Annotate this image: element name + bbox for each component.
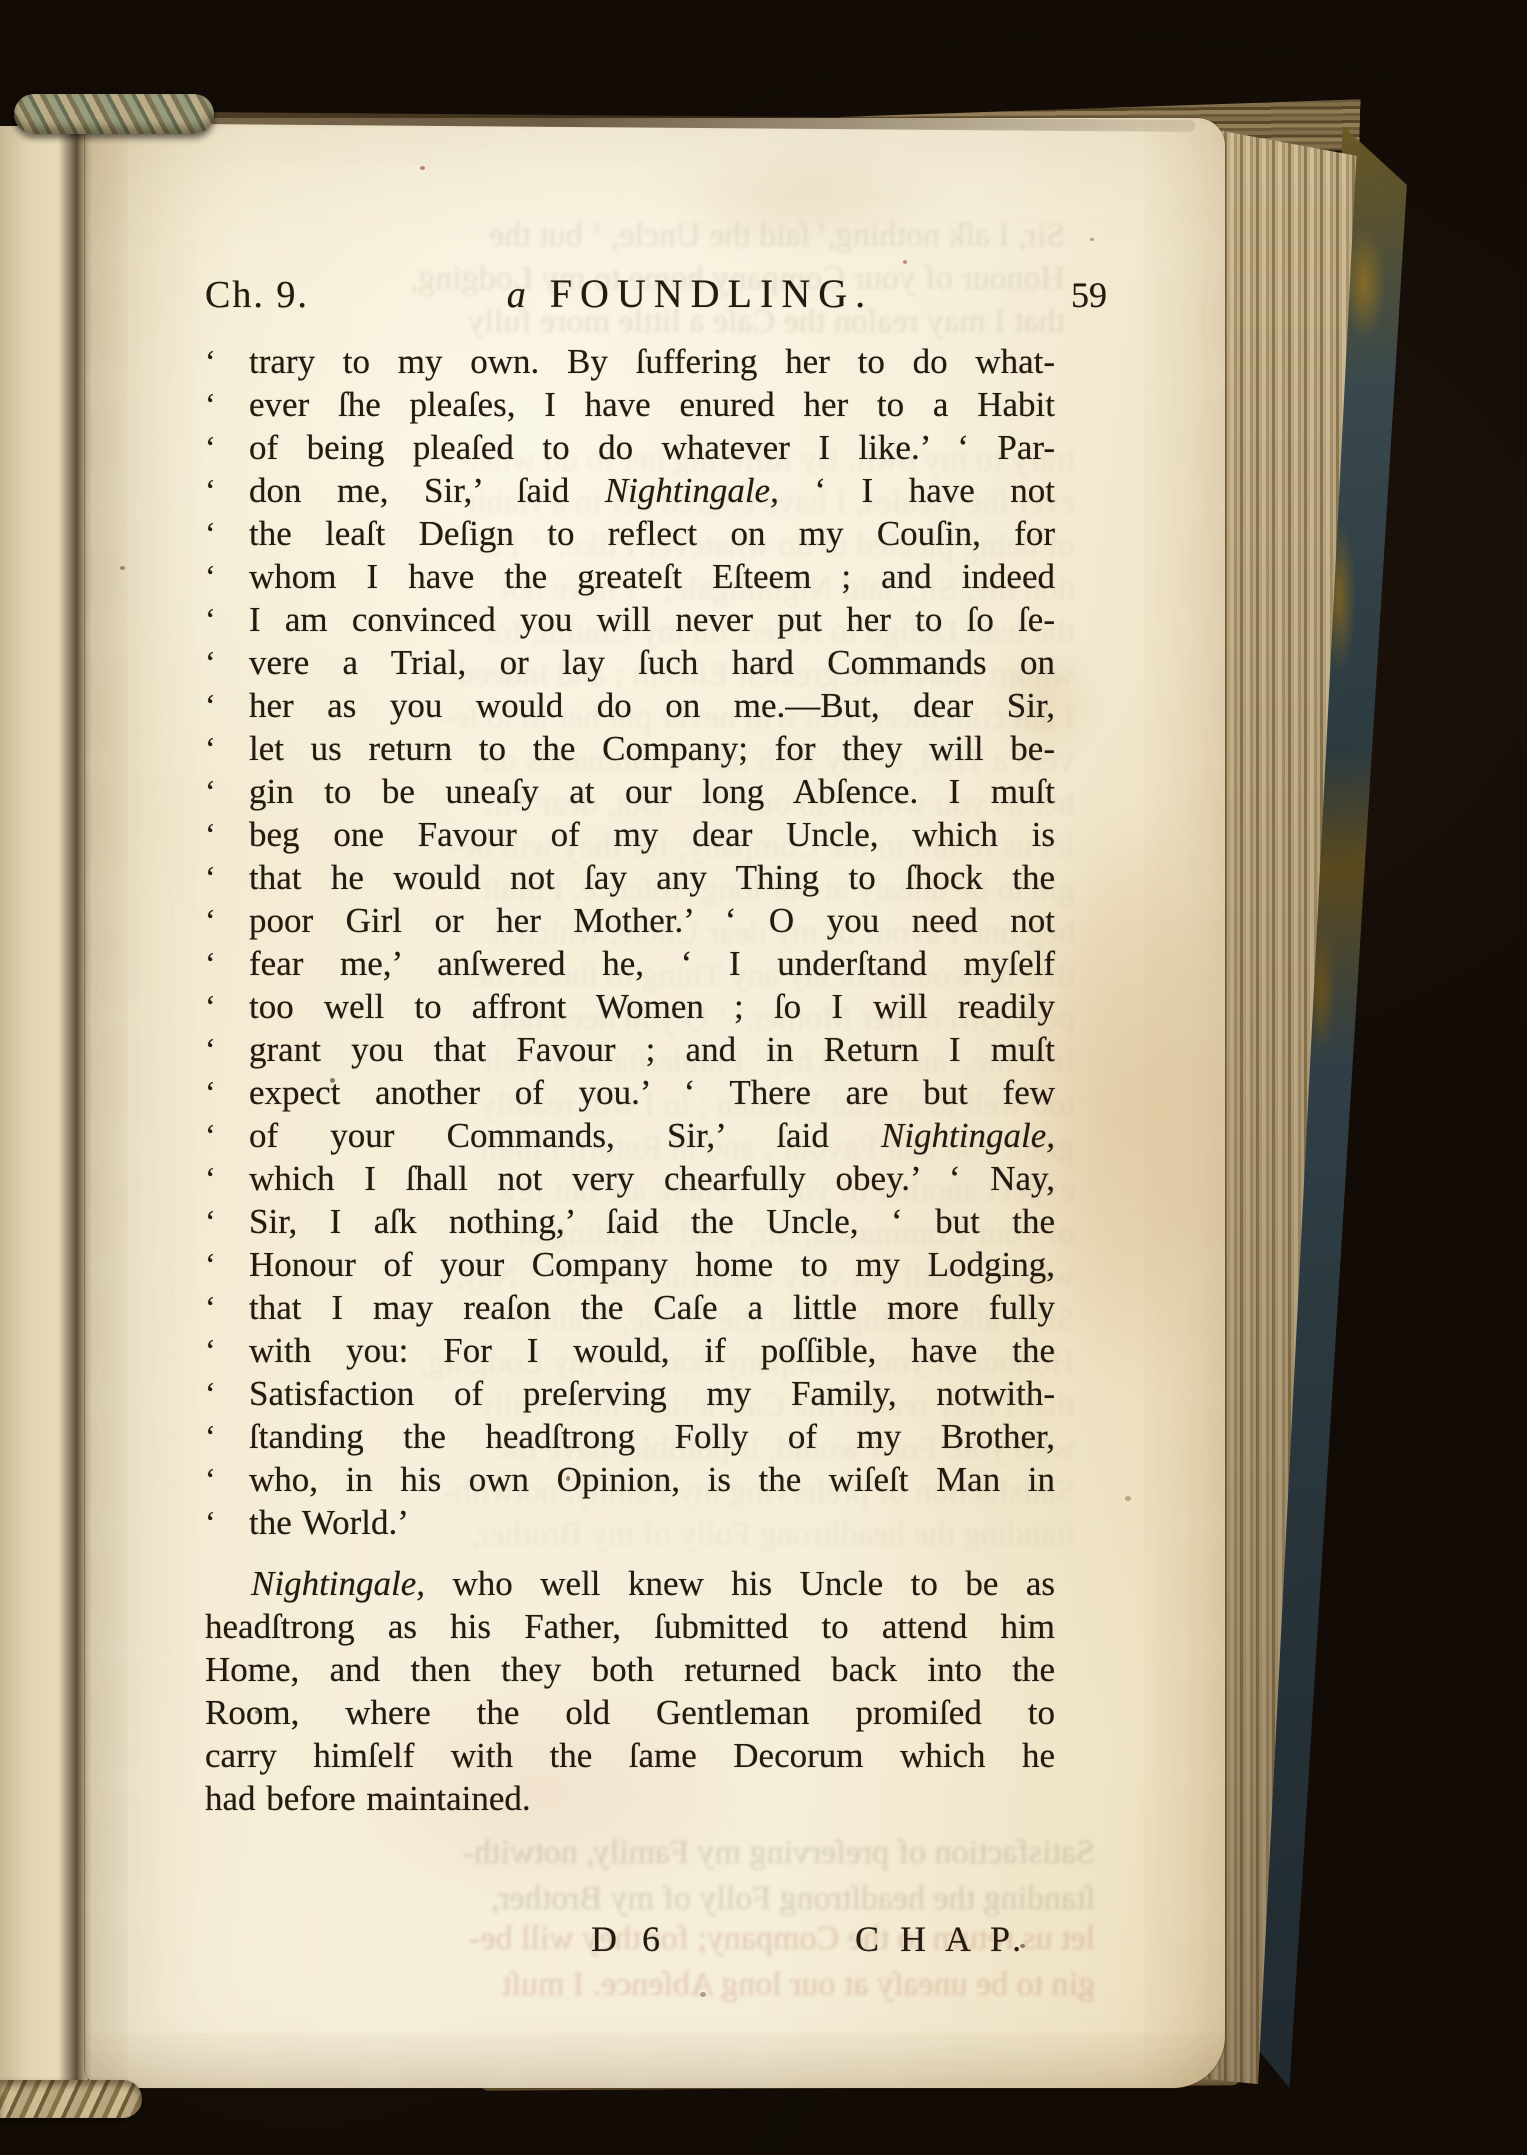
text-line: ‘of your Commands, Sir,’ ſaid Nightingal… [205, 1114, 1055, 1157]
text-line: ‘trary to my own. By ſuffering her to do… [205, 340, 1055, 383]
running-title: aFOUNDLING. [309, 270, 1071, 317]
text-line: carry himſelf with the ſame Decorum whic… [205, 1734, 1055, 1777]
ink-speckle [1125, 1496, 1131, 1501]
text-line-content: grant you that Favour ; and in Return I … [249, 1028, 1055, 1071]
ink-speckle [700, 1992, 706, 1997]
text-line-content: with you: For I would, if poſſible, have… [249, 1329, 1055, 1372]
quotation-mark: ‘ [205, 1157, 249, 1200]
quotation-mark: ‘ [205, 469, 249, 512]
quotation-mark: ‘ [205, 899, 249, 942]
ink-speckle [1090, 238, 1094, 241]
quotation-mark: ‘ [205, 942, 249, 985]
text-line-content: that he would not ſay any Thing to ſhock… [249, 856, 1055, 899]
ink-speckle [903, 260, 907, 264]
text-line-content: I am convinced you will never put her to… [249, 598, 1055, 641]
ink-speckle [255, 1710, 259, 1714]
text-line: ‘too well to affront Women ; ſo I will r… [205, 985, 1055, 1028]
text-line-content: Sir, I aſk nothing,’ ſaid the Uncle, ‘ b… [249, 1200, 1055, 1243]
text-line-content: don me, Sir,’ ſaid Nightingale, ‘ I have… [249, 469, 1055, 512]
text-line: ‘don me, Sir,’ ſaid Nightingale, ‘ I hav… [205, 469, 1055, 512]
text-line: ‘whom I have the greateſt Eſteem ; and i… [205, 555, 1055, 598]
quoted-passage: ‘trary to my own. By ſuffering her to do… [205, 340, 1055, 1544]
quotation-mark: ‘ [205, 684, 249, 727]
text-line-content: the World.’ [249, 1501, 1055, 1544]
text-line-content: fear me,’ anſwered he, ‘ I underſtand my… [249, 942, 1055, 985]
headband [14, 94, 214, 134]
text-line-content: ever ſhe pleaſes, I have enured her to a… [249, 383, 1055, 426]
quotation-mark: ‘ [205, 1329, 249, 1372]
quotation-mark: ‘ [205, 340, 249, 383]
quotation-mark: ‘ [205, 512, 249, 555]
ink-speckle [566, 1476, 570, 1481]
text-line: ‘gin to be uneaſy at our long Abſence. I… [205, 770, 1055, 813]
text-line: ‘ſtanding the headſtrong Folly of my Bro… [205, 1415, 1055, 1458]
text-line-content: poor Girl or her Mother.’ ‘ O you need n… [249, 899, 1055, 942]
text-line-content: beg one Favour of my dear Uncle, which i… [249, 813, 1055, 856]
text-line: had before maintained. [205, 1777, 1055, 1820]
ink-speckle [120, 566, 125, 570]
text-line-content: vere a Trial, or lay ſuch hard Commands … [249, 641, 1055, 684]
text-line: ‘Honour of your Company home to my Lodgi… [205, 1243, 1055, 1286]
quotation-mark: ‘ [205, 641, 249, 684]
text-line-content: her as you would do on me.—But, dear Sir… [249, 684, 1055, 727]
signature-mark: D 6 [591, 1918, 668, 1960]
text-line: ‘with you: For I would, if poſſible, hav… [205, 1329, 1055, 1372]
text-line-content: gin to be uneaſy at our long Abſence. I … [249, 770, 1055, 813]
quotation-mark: ‘ [205, 856, 249, 899]
text-line: Room, where the old Gentleman promiſed t… [205, 1691, 1055, 1734]
text-line: Home, and then they both returned back i… [205, 1648, 1055, 1691]
text-line: ‘who, in his own Opinion, is the wiſeſt … [205, 1458, 1055, 1501]
text-line: headſtrong as his Father, ſubmitted to a… [205, 1605, 1055, 1648]
closing-paragraph: Nightingale, who well knew his Uncle to … [205, 1562, 1055, 1820]
catchword: C H A P. [855, 1918, 1027, 1960]
running-title-prefix: a [507, 274, 526, 316]
quotation-mark: ‘ [205, 1200, 249, 1243]
running-title-text: FOUNDLING. [550, 271, 873, 316]
text-line-content: the leaſt Deſign to reflect on my Couſin… [249, 512, 1055, 555]
ink-speckle [330, 1078, 335, 1083]
text-line: ‘Satisfaction of preſerving my Family, n… [205, 1372, 1055, 1415]
quotation-mark: ‘ [205, 426, 249, 469]
tailband [0, 2080, 142, 2118]
text-line: ‘that I may reaſon the Caſe a little mor… [205, 1286, 1055, 1329]
text-line-content: Satisfaction of preſerving my Family, no… [249, 1372, 1055, 1415]
text-line-content: of your Commands, Sir,’ ſaid Nightingale… [249, 1114, 1055, 1157]
text-line-content: of being pleaſed to do whatever I like.’… [249, 426, 1055, 469]
text-line-content: whom I have the greateſt Eſteem ; and in… [249, 555, 1055, 598]
quotation-mark: ‘ [205, 383, 249, 426]
quotation-mark: ‘ [205, 1071, 249, 1114]
running-header: Ch. 9. aFOUNDLING. 59 [205, 270, 1107, 317]
text-line-content: too well to affront Women ; ſo I will re… [249, 985, 1055, 1028]
text-line: ‘her as you would do on me.—But, dear Si… [205, 684, 1055, 727]
text-line: ‘let us return to the Company; for they … [205, 727, 1055, 770]
text-line: ‘the leaſt Deſign to reflect on my Couſi… [205, 512, 1055, 555]
quotation-mark: ‘ [205, 985, 249, 1028]
quotation-mark: ‘ [205, 1286, 249, 1329]
text-line-content: who, in his own Opinion, is the wiſeſt M… [249, 1458, 1055, 1501]
text-line: ‘I am convinced you will never put her t… [205, 598, 1055, 641]
quotation-mark: ‘ [205, 598, 249, 641]
stain [665, 148, 945, 248]
text-line: ‘ever ſhe pleaſes, I have enured her to … [205, 383, 1055, 426]
text-line: ‘vere a Trial, or lay ſuch hard Commands… [205, 641, 1055, 684]
text-line-content: expect another of you.’ ‘ There are but … [249, 1071, 1055, 1114]
text-line-content: ſtanding the headſtrong Folly of my Brot… [249, 1415, 1055, 1458]
text-line-content: Honour of your Company home to my Lodgin… [249, 1243, 1055, 1286]
text-line: ‘fear me,’ anſwered he, ‘ I underſtand m… [205, 942, 1055, 985]
text-line-content: which I ſhall not very chearfully obey.’… [249, 1157, 1055, 1200]
text-line: ‘poor Girl or her Mother.’ ‘ O you need … [205, 899, 1055, 942]
text-line: Nightingale, who well knew his Uncle to … [205, 1562, 1055, 1605]
text-line: ‘the World.’ [205, 1501, 1055, 1544]
text-line: ‘grant you that Favour ; and in Return I… [205, 1028, 1055, 1071]
book-photo-background: let us return to the Company; for they w… [0, 0, 1527, 2155]
text-line-content: that I may reaſon the Caſe a little more… [249, 1286, 1055, 1329]
text-line: ‘Sir, I aſk nothing,’ ſaid the Uncle, ‘ … [205, 1200, 1055, 1243]
text-line: ‘which I ſhall not very chearfully obey.… [205, 1157, 1055, 1200]
book-page: let us return to the Company; for they w… [85, 118, 1225, 2088]
quotation-mark: ‘ [205, 1501, 249, 1544]
text-line: ‘of being pleaſed to do whatever I like.… [205, 426, 1055, 469]
quotation-mark: ‘ [205, 1114, 249, 1157]
page-number: 59 [1071, 274, 1107, 316]
quotation-mark: ‘ [205, 1458, 249, 1501]
text-line-content: trary to my own. By ſuffering her to do … [249, 340, 1055, 383]
text-line: ‘beg one Favour of my dear Uncle, which … [205, 813, 1055, 856]
quotation-mark: ‘ [205, 1243, 249, 1286]
text-line: ‘that he would not ſay any Thing to ſhoc… [205, 856, 1055, 899]
quotation-mark: ‘ [205, 555, 249, 598]
chapter-label: Ch. 9. [205, 273, 309, 317]
ink-speckle [1020, 1944, 1025, 1948]
ink-speckle [420, 166, 425, 170]
text-line-content: let us return to the Company; for they w… [249, 727, 1055, 770]
quotation-mark: ‘ [205, 1415, 249, 1458]
gutter-crease [58, 118, 92, 2090]
quotation-mark: ‘ [205, 1028, 249, 1071]
quotation-mark: ‘ [205, 727, 249, 770]
quotation-mark: ‘ [205, 1372, 249, 1415]
quotation-mark: ‘ [205, 770, 249, 813]
quotation-mark: ‘ [205, 813, 249, 856]
